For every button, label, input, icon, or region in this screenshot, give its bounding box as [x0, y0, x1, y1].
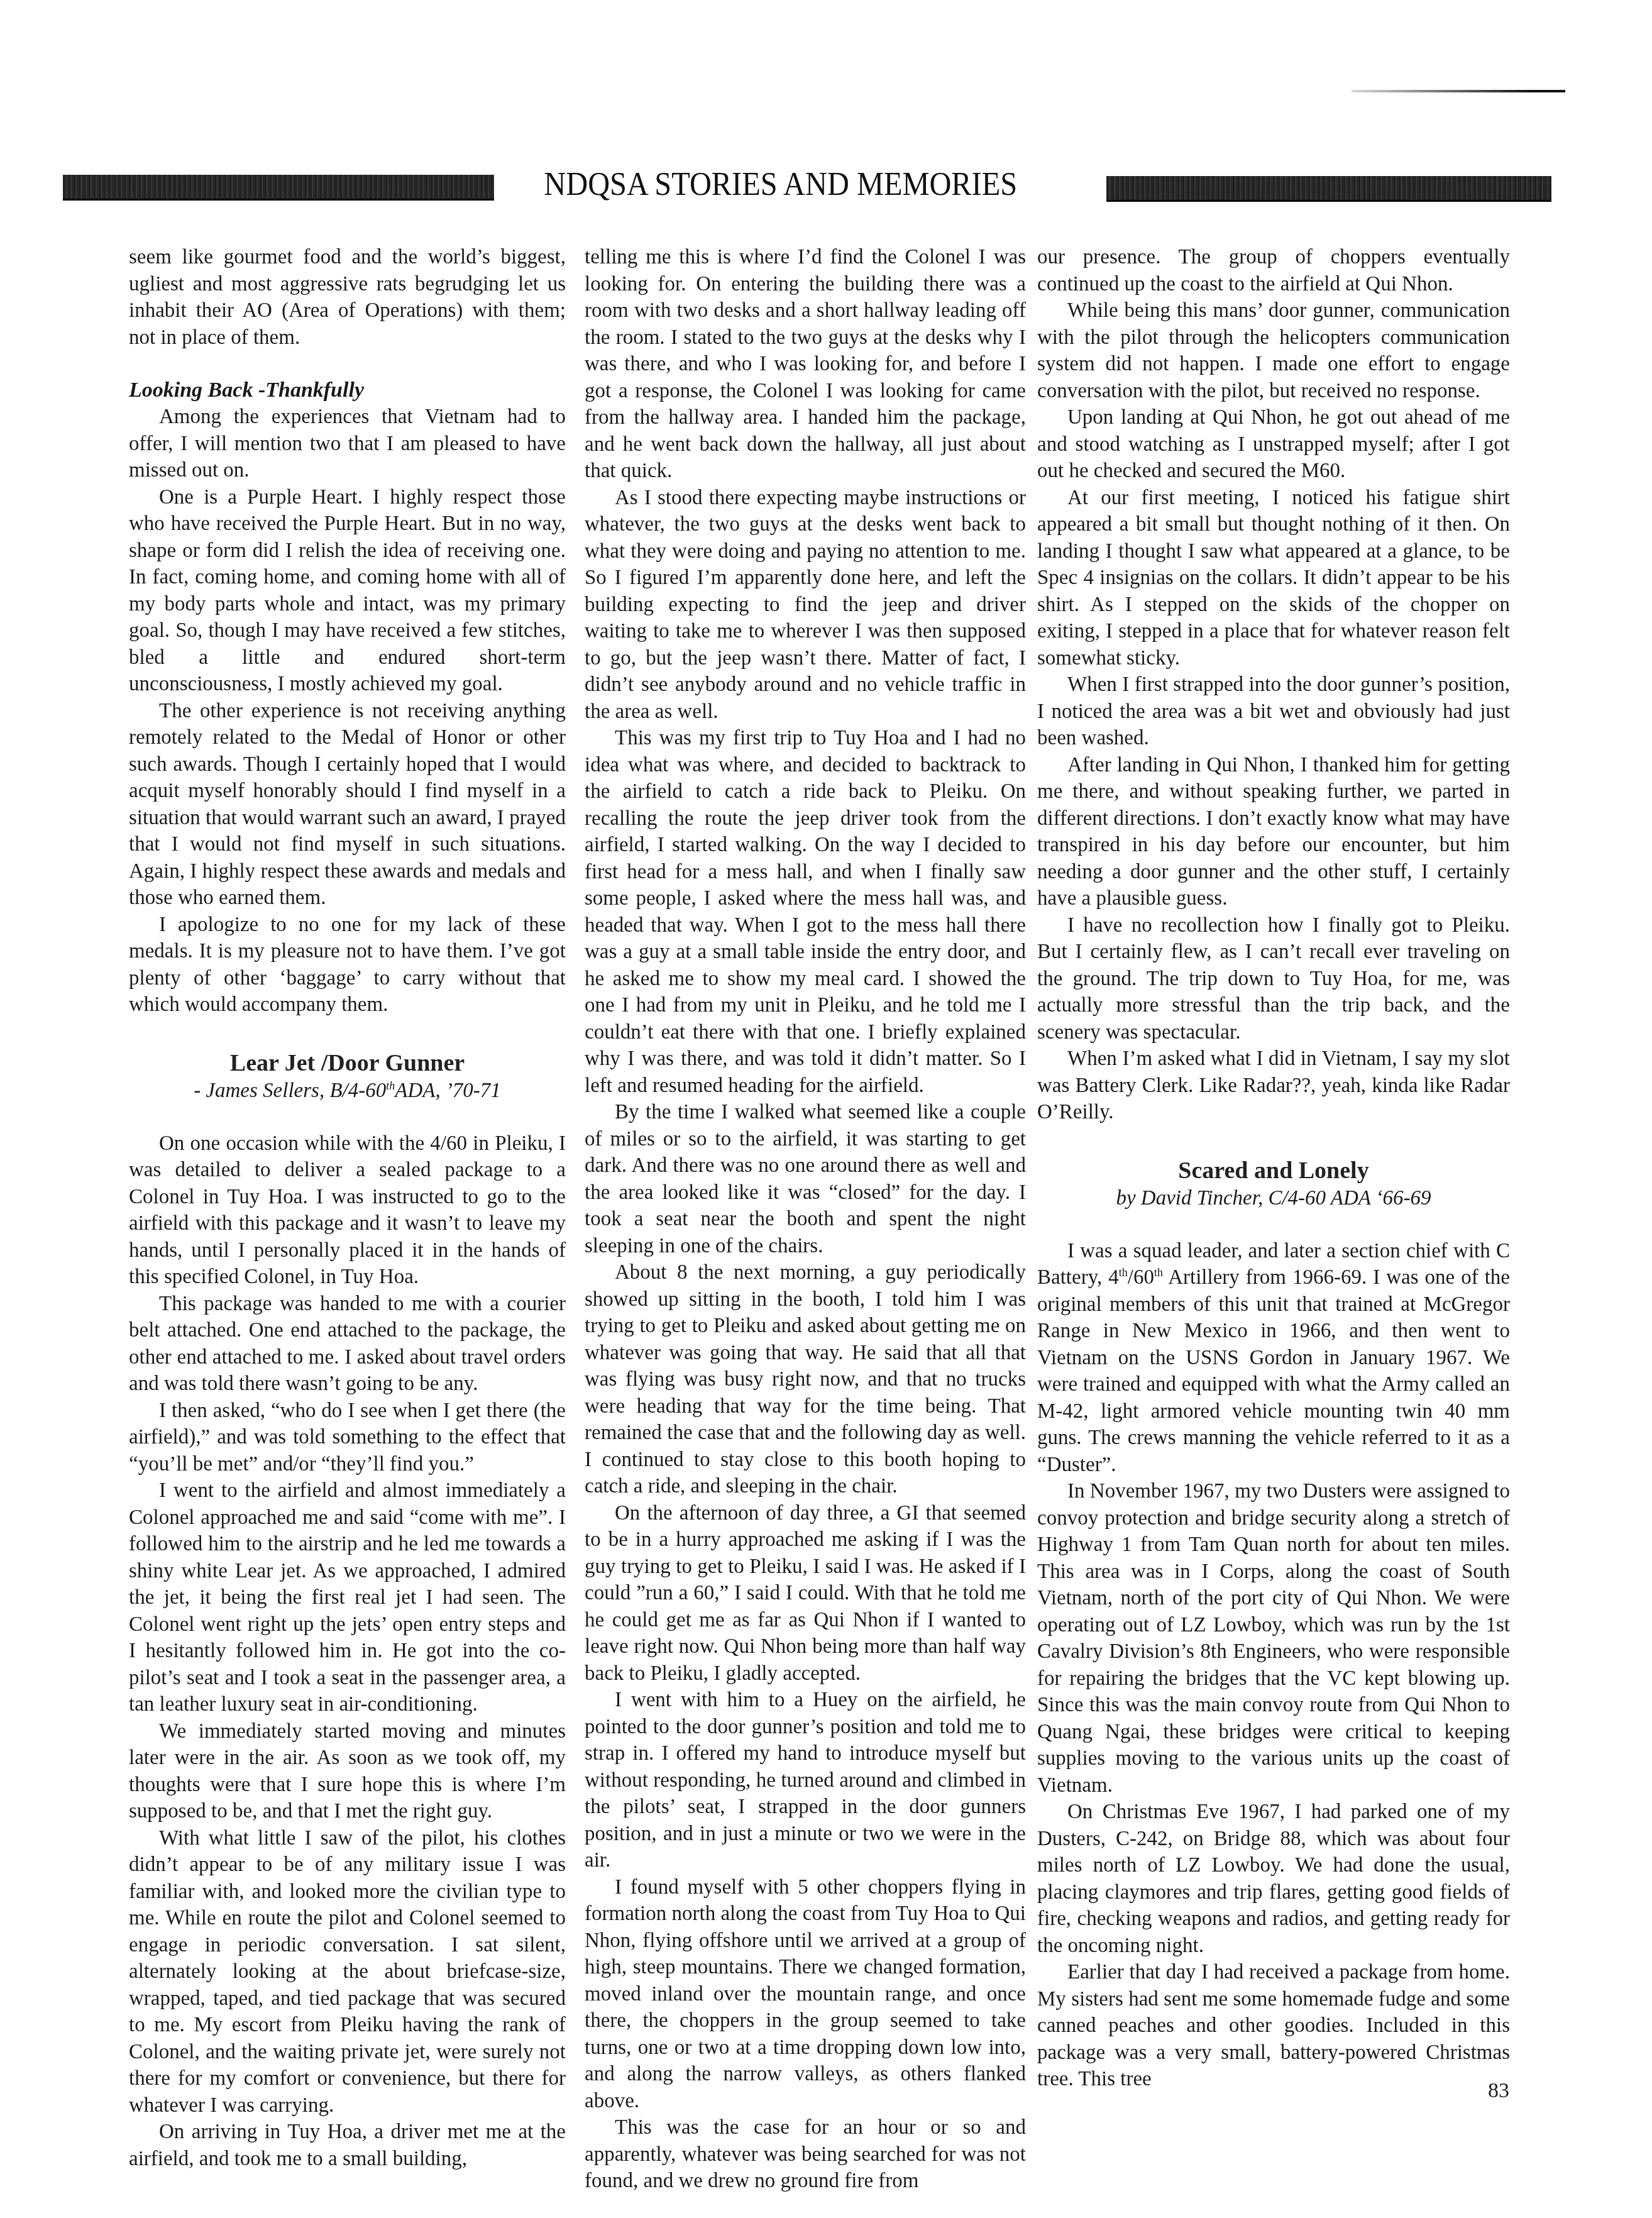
paragraph: On the afternoon of day three, a GI that…: [585, 1500, 1026, 1687]
paragraph: By the time I walked what seemed like a …: [585, 1099, 1026, 1259]
story-byline-tincher: by David Tincher, C/4-60 ADA ‘66-69: [1037, 1185, 1510, 1211]
paragraph: I apologize to no one for my lack of the…: [129, 912, 566, 1018]
column-1: seem like gourmet food and the world’s b…: [129, 244, 566, 2172]
paragraph: As I stood there expecting maybe instruc…: [585, 485, 1026, 726]
paragraph: About 8 the next morning, a guy periodic…: [585, 1259, 1026, 1500]
paragraph: Earlier that day I had received a packag…: [1037, 1959, 1510, 2093]
story-byline-sellers: - James Sellers, B/4-60thADA, ’70-71: [129, 1078, 566, 1104]
text-run: Artillery from 1966-69. I was one of the…: [1037, 1266, 1510, 1476]
paragraph: On Christmas Eve 1967, I had parked one …: [1037, 1799, 1510, 1959]
column-2: telling me this is where I’d find the Co…: [585, 244, 1026, 2195]
paragraph: The other experience is not receiving an…: [129, 698, 566, 912]
continued-paragraph: our presence. The group of choppers even…: [1037, 244, 1510, 297]
paragraph: I found myself with 5 other choppers fly…: [585, 1874, 1026, 2115]
story-title-scared-lonely: Scared and Lonely: [1037, 1156, 1510, 1185]
paragraph: I have no recollection how I finally got…: [1037, 912, 1510, 1046]
paragraph: I then asked, “who do I see when I get t…: [129, 1398, 566, 1478]
continued-paragraph: telling me this is where I’d find the Co…: [585, 244, 1026, 485]
superscript: th: [1154, 1266, 1163, 1279]
subheading-looking-back: Looking Back -Thankfully: [129, 377, 566, 404]
section-header: NDQSA STORIES AND MEMORIES: [63, 165, 1551, 205]
paragraph: Among the experiences that Vietnam had t…: [129, 404, 566, 484]
continued-paragraph: seem like gourmet food and the world’s b…: [129, 244, 566, 351]
paragraph: On one occasion while with the 4/60 in P…: [129, 1130, 566, 1291]
byline-superscript: th: [386, 1079, 395, 1092]
byline-suffix: ADA, ’70-71: [395, 1079, 501, 1102]
paragraph: This was the case for an hour or so and …: [585, 2114, 1026, 2195]
paragraph: While being this mans’ door gunner, comm…: [1037, 297, 1510, 404]
paragraph: Upon landing at Qui Nhon, he got out ahe…: [1037, 404, 1510, 485]
paragraph: I went with him to a Huey on the airfiel…: [585, 1687, 1026, 1874]
byline-prefix: - James Sellers, B/4-60: [194, 1079, 386, 1102]
paragraph: With what little I saw of the pilot, his…: [129, 1825, 566, 2119]
story-title-lear-jet: Lear Jet /Door Gunner: [129, 1049, 566, 1078]
paragraph: I was a squad leader, and later a sectio…: [1037, 1238, 1510, 1479]
paragraph: In November 1967, my two Dusters were as…: [1037, 1478, 1510, 1799]
paragraph: This package was handed to me with a cou…: [129, 1291, 566, 1398]
header-bar-right: [1106, 176, 1551, 202]
section-title: NDQSA STORIES AND MEMORIES: [503, 165, 1059, 205]
paragraph: I went to the airfield and almost immedi…: [129, 1477, 566, 1718]
paragraph: At our first meeting, I noticed his fati…: [1037, 485, 1510, 672]
header-bar-left: [63, 175, 494, 201]
paragraph: One is a Purple Heart. I highly respect …: [129, 484, 566, 698]
paragraph: This was my first trip to Tuy Hoa and I …: [585, 725, 1026, 1099]
paragraph: We immediately started moving and minute…: [129, 1718, 566, 1825]
superscript: th: [1119, 1266, 1128, 1279]
page-number: 83: [1488, 2078, 1509, 2104]
paragraph: On arriving in Tuy Hoa, a driver met me …: [129, 2119, 566, 2172]
paragraph: After landing in Qui Nhon, I thanked him…: [1037, 752, 1510, 912]
paragraph: When I first strapped into the door gunn…: [1037, 671, 1510, 752]
paragraph: When I’m asked what I did in Vietnam, I …: [1037, 1046, 1510, 1126]
column-3: our presence. The group of choppers even…: [1037, 244, 1510, 2093]
top-decorative-rule: [1352, 90, 1565, 92]
text-run: /60: [1128, 1266, 1154, 1289]
